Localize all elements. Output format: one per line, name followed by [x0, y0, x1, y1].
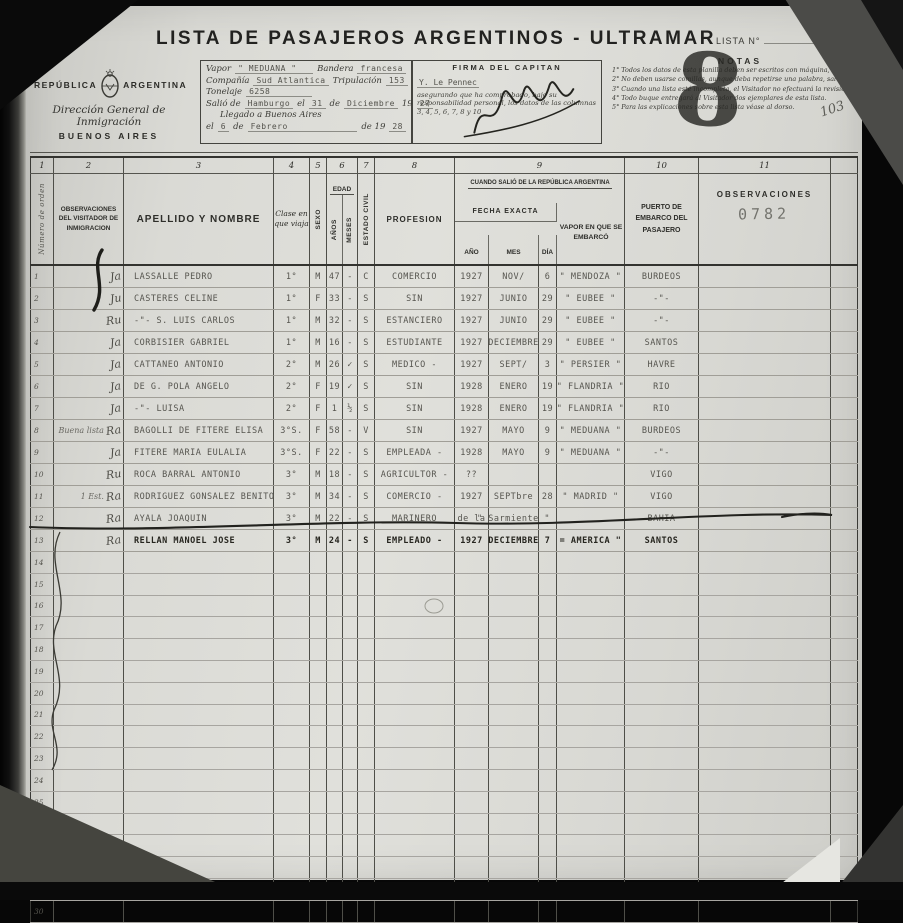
name-cell [124, 639, 274, 660]
ship-cell [557, 748, 625, 769]
visitador-initials: Ra [105, 533, 122, 548]
sex-cell-value: F [315, 426, 321, 436]
sex-cell: F [310, 420, 327, 441]
captain-signature-box: FIRMA DEL CAPITAN Y. Le Pennec asegurand… [412, 60, 602, 144]
table-row: 1JaLASSALLE PEDRO1°M47-CCOMERCIO1927NOV/… [30, 266, 858, 288]
year-cell [455, 639, 489, 660]
profession-cell-value: AGRICULTOR - [381, 470, 448, 480]
day-cell [539, 726, 557, 747]
month-cell [489, 617, 539, 638]
month-cell: MAYO [489, 442, 539, 463]
civil-status-cell [358, 814, 375, 835]
profession-cell: EMPLEADA - [375, 442, 455, 463]
visitador-cell [54, 705, 124, 726]
ship-cell: " MENDOZA " [557, 266, 625, 287]
age-years-cell-value: 19 [329, 382, 340, 392]
month-cell [489, 835, 539, 856]
profession-cell-value: ESTUDIANTE [386, 338, 442, 348]
civil-status-cell [358, 726, 375, 747]
salio-dia-value: 31 [309, 99, 326, 109]
age-years-cell [327, 814, 343, 835]
age-months-cell [343, 596, 358, 617]
row-number: 21 [30, 705, 54, 726]
name-cell-value: -"- LUISA [134, 404, 185, 414]
visitador-cell [54, 770, 124, 791]
sex-cell-value: M [315, 536, 321, 546]
port-cell-value: SANTOS [645, 536, 679, 546]
visitador-cell [54, 552, 124, 573]
ship-cell [557, 596, 625, 617]
header-visitador: OBSERVACIONES DEL VISITADOR DE INMIGRACI… [54, 174, 124, 264]
sex-cell: F [310, 442, 327, 463]
captain-statement: asegurando que ha comprobado, bajo su re… [417, 91, 597, 116]
llegado-label: Llegado a Buenos Aires [220, 110, 322, 120]
visitador-cell: Ja [54, 442, 124, 463]
ship-cell: " MADRID " [557, 486, 625, 507]
header-clase: Clase en que viaja [274, 174, 310, 264]
year-cell: 1927 [455, 288, 489, 309]
day-cell-value: 7 [545, 536, 551, 546]
empty-table-row: 17 [30, 617, 858, 639]
name-cell [124, 748, 274, 769]
class-cell-value: 1° [286, 316, 297, 326]
ship-cell [557, 792, 625, 813]
book-binding-edge [0, 0, 26, 900]
sex-cell-value: M [315, 316, 321, 326]
name-cell-value: BAGOLLI DE FITERE ELISA [134, 426, 263, 436]
observations-cell [699, 705, 831, 726]
header-edad: EDAD AÑOS MESES [327, 174, 358, 264]
civil-status-cell [358, 705, 375, 726]
profession-cell [375, 574, 455, 595]
de-label: de [330, 99, 340, 109]
profession-cell-value: SIN [406, 294, 423, 304]
year-cell-value: 1928 [460, 404, 482, 414]
visitador-cell: Buena listaRa [54, 420, 124, 441]
col-number-7: 7 [358, 158, 375, 173]
col-number-10: 10 [625, 158, 699, 173]
port-cell [625, 857, 699, 878]
class-cell [274, 814, 310, 835]
port-cell: RIO [625, 376, 699, 397]
sex-cell: M [310, 266, 327, 287]
month-cell [489, 552, 539, 573]
ship-cell [557, 726, 625, 747]
name-cell [124, 770, 274, 791]
margin-cell [831, 266, 858, 287]
month-cell-value: JUNIO [499, 294, 527, 304]
row-number: 20 [30, 683, 54, 704]
ship-cell-value: " MADRID " [562, 492, 618, 502]
table-row: 4JaCORBISIER GABRIEL1°M16-SESTUDIANTE192… [30, 332, 858, 354]
margin-cell [831, 770, 858, 791]
port-cell-value: BAHIA [647, 514, 675, 524]
page-title: LISTA DE PASAJEROS ARGENTINOS - ULTRAMAR [156, 28, 716, 50]
day-cell: 19 [539, 398, 557, 419]
table-row: 9JaFITERE MARIA EULALIA3°S.F22-SEMPLEADA… [30, 442, 858, 464]
name-cell [124, 552, 274, 573]
civil-status-cell-value: S [363, 338, 369, 348]
row-number: 11 [30, 486, 54, 507]
year-cell [455, 748, 489, 769]
margin-cell [831, 310, 858, 331]
header-anos: AÑOS [327, 195, 343, 264]
class-cell [274, 574, 310, 595]
month-cell: JUNIO [489, 310, 539, 331]
class-cell-value: 1° [286, 338, 297, 348]
month-cell-value: SEPTbre [494, 492, 533, 502]
visitador-cell: Ju [54, 288, 124, 309]
margin-cell [831, 792, 858, 813]
sex-cell [310, 770, 327, 791]
day-cell [539, 857, 557, 878]
year-cell [455, 835, 489, 856]
visitador-cell [54, 726, 124, 747]
row-number: 1 [30, 266, 54, 287]
age-years-cell [327, 770, 343, 791]
visitador-cell [54, 792, 124, 813]
day-cell: 19 [539, 376, 557, 397]
margin-cell [831, 486, 858, 507]
name-cell-value: DE G. POLA ANGELO [134, 382, 230, 392]
sex-cell [310, 748, 327, 769]
civil-status-cell [358, 835, 375, 856]
port-cell-value: RIO [653, 404, 670, 414]
header-dia: DÍA [539, 235, 557, 264]
day-cell: 28 [539, 486, 557, 507]
name-cell: RELLAN MANOEL JOSE [124, 530, 274, 551]
profession-cell-value: MEDICO - [392, 360, 437, 370]
row-number: 9 [30, 442, 54, 463]
visitador-initials: Ja [109, 401, 122, 415]
sex-cell [310, 683, 327, 704]
class-cell: 1° [274, 332, 310, 353]
row-number: 8 [30, 420, 54, 441]
year-cell-value: 1928 [460, 382, 482, 392]
ship-cell [557, 639, 625, 660]
civil-status-cell: S [358, 310, 375, 331]
sex-cell [310, 574, 327, 595]
port-cell: HAVRE [625, 354, 699, 375]
port-cell: RIO [625, 398, 699, 419]
profession-cell [375, 617, 455, 638]
ship-cell-value: " PERSIER " [560, 360, 622, 370]
age-months-cell: ✓ [343, 376, 358, 397]
observations-cell [699, 530, 831, 551]
vapor-label: Vapor [206, 64, 231, 74]
port-cell-value: -"- [653, 294, 670, 304]
class-cell [274, 770, 310, 791]
profession-cell: COMERCIO [375, 266, 455, 287]
captain-name: Y. Le Pennec [417, 78, 479, 88]
row-number: 17 [30, 617, 54, 638]
visitador-initials: Ja [109, 357, 122, 371]
empty-table-row: 20 [30, 683, 858, 705]
age-years-cell-value: 32 [329, 316, 340, 326]
profession-cell: SIN [375, 420, 455, 441]
age-months-cell-value: - [347, 492, 353, 502]
header-meses: MESES [343, 195, 357, 264]
month-cell: " Sarmiente " [489, 508, 539, 529]
col-number-3: 3 [124, 158, 274, 173]
llegada-ano-label: de 19 [361, 122, 385, 132]
day-cell-value: 28 [542, 492, 553, 502]
sex-cell [310, 661, 327, 682]
row-number: 6 [30, 376, 54, 397]
compania-value: Sud Atlantica [253, 76, 328, 86]
port-cell-value: -"- [653, 448, 670, 458]
row-number: 18 [30, 639, 54, 660]
sex-cell-value: M [315, 360, 321, 370]
sex-cell: M [310, 508, 327, 529]
civil-status-cell [358, 552, 375, 573]
ship-cell [557, 705, 625, 726]
observations-cell [699, 726, 831, 747]
year-cell-value: 1927 [460, 338, 482, 348]
month-cell: SEPTbre [489, 486, 539, 507]
port-cell: VIGO [625, 464, 699, 485]
day-cell: 29 [539, 310, 557, 331]
empty-table-row: 16 [30, 596, 858, 618]
civil-status-cell-value: V [363, 426, 369, 436]
ship-cell [557, 857, 625, 878]
age-months-cell-value: ✓ [347, 382, 353, 392]
name-cell: BAGOLLI DE FITERE ELISA [124, 420, 274, 441]
name-cell-value: -"- S. LUIS CARLOS [134, 316, 235, 326]
margin-cell [831, 398, 858, 419]
civil-status-cell [358, 748, 375, 769]
sex-cell-value: F [315, 294, 321, 304]
visitador-cell: Ja [54, 332, 124, 353]
age-months-cell-value: - [347, 272, 353, 282]
port-cell: SANTOS [625, 530, 699, 551]
el-label: el [297, 99, 305, 109]
observations-cell [699, 486, 831, 507]
age-years-cell-value: 18 [329, 470, 340, 480]
table-row: 12RaAYALA JOAQUIN3°M22-SMARINEROde la" S… [30, 508, 858, 530]
age-years-cell: 19 [327, 376, 343, 397]
class-cell [274, 748, 310, 769]
civil-status-cell-value: S [363, 492, 369, 502]
margin-cell [831, 705, 858, 726]
ship-cell [557, 508, 625, 529]
visitador-initials: Ra [105, 423, 122, 438]
llegada-ano-value: 28 [389, 122, 406, 132]
empty-table-row: 25 [30, 792, 858, 814]
margin-cell [831, 508, 858, 529]
table-row: 8Buena listaRaBAGOLLI DE FITERE ELISA3°S… [30, 420, 858, 442]
visitador-cell: Ra [54, 508, 124, 529]
month-cell: JUNIO [489, 288, 539, 309]
header-fecha-exacta: FECHA EXACTA [455, 203, 557, 222]
ship-cell-value: " FLANDRIA " [557, 382, 624, 392]
col-number-9: 9 [455, 158, 625, 173]
sex-cell [310, 814, 327, 835]
sex-cell [310, 835, 327, 856]
sex-cell [310, 639, 327, 660]
age-months-cell: - [343, 332, 358, 353]
visitador-cell: Ja [54, 376, 124, 397]
age-months-cell [343, 857, 358, 878]
year-cell-value: ?? [466, 470, 477, 480]
table-row: 13RaRELLAN MANOEL JOSE3°M24-SEMPLEADO -1… [30, 530, 858, 552]
profession-cell: ESTANCIERO [375, 310, 455, 331]
ship-cell-value: " EUBEE " [565, 338, 616, 348]
age-months-cell-value: - [347, 536, 353, 546]
name-cell-value: ROCA BARRAL ANTONIO [134, 470, 241, 480]
observations-cell [699, 639, 831, 660]
col-number-8: 8 [375, 158, 455, 173]
class-cell [274, 835, 310, 856]
name-cell-value: AYALA JOAQUIN [134, 514, 207, 524]
civil-status-cell [358, 596, 375, 617]
ship-cell [557, 617, 625, 638]
port-cell [625, 770, 699, 791]
row-number: 13 [30, 530, 54, 551]
visitador-cell: Ra [54, 530, 124, 551]
visitador-cell: Ja [54, 354, 124, 375]
header-apellido-nombre: APELLIDO Y NOMBRE [124, 174, 274, 264]
day-cell [539, 574, 557, 595]
visitador-cell: Ru [54, 464, 124, 485]
class-cell: 2° [274, 398, 310, 419]
age-months-cell [343, 748, 358, 769]
port-cell [625, 574, 699, 595]
port-cell: VIGO [625, 486, 699, 507]
civil-status-cell: S [358, 508, 375, 529]
age-months-cell: - [343, 266, 358, 287]
age-months-cell: - [343, 486, 358, 507]
port-cell-value: VIGO [650, 492, 672, 502]
age-months-cell [343, 835, 358, 856]
sex-cell-value: F [315, 404, 321, 414]
year-cell: 1928 [455, 442, 489, 463]
age-years-cell: 22 [327, 508, 343, 529]
age-months-cell [343, 617, 358, 638]
year-cell-value: 1927 [460, 492, 482, 502]
profession-cell-value: EMPLEADA - [386, 448, 442, 458]
age-years-cell: 24 [327, 530, 343, 551]
day-cell: 29 [539, 332, 557, 353]
civil-status-cell: S [358, 486, 375, 507]
name-cell: DE G. POLA ANGELO [124, 376, 274, 397]
age-years-cell [327, 661, 343, 682]
header-profesion: PROFESION [375, 174, 455, 264]
day-cell [539, 835, 557, 856]
org-block: REPÚBLICA ARGENTINA Dirección General de… [34, 68, 184, 141]
month-cell [489, 464, 539, 485]
civil-status-cell: S [358, 354, 375, 375]
age-years-cell-value: 22 [329, 514, 340, 524]
port-cell-value: RIO [653, 382, 670, 392]
civil-status-cell: V [358, 420, 375, 441]
month-cell [489, 857, 539, 878]
visitador-initials: Ra [105, 511, 122, 526]
observations-cell [699, 288, 831, 309]
port-cell [625, 617, 699, 638]
civil-status-cell-value: S [363, 536, 369, 546]
age-years-cell-value: 34 [329, 492, 340, 502]
class-cell-value: 3° [286, 514, 297, 524]
llegada-mes-value: Febrero [248, 122, 358, 132]
class-cell: 3°S. [274, 420, 310, 441]
ship-cell [557, 661, 625, 682]
class-cell: 2° [274, 376, 310, 397]
age-months-cell-value: - [347, 294, 353, 304]
day-cell-value: 6 [545, 272, 551, 282]
empty-table-row: 18 [30, 639, 858, 661]
profession-cell-value: SIN [406, 426, 423, 436]
margin-cell [831, 530, 858, 551]
observations-cell [699, 661, 831, 682]
visitador-cell: Ja [54, 266, 124, 287]
class-cell [274, 683, 310, 704]
observations-cell [699, 770, 831, 791]
name-cell: FITERE MARIA EULALIA [124, 442, 274, 463]
visitador-note: Buena lista [58, 426, 103, 435]
sex-cell: M [310, 354, 327, 375]
age-years-cell [327, 726, 343, 747]
observations-cell [699, 792, 831, 813]
ship-cell: " PERSIER " [557, 354, 625, 375]
class-cell-value: 1° [286, 294, 297, 304]
margin-cell [831, 288, 858, 309]
name-cell: CATTANEO ANTONIO [124, 354, 274, 375]
year-cell [455, 574, 489, 595]
salio-mes-value: Diciembre [344, 99, 398, 109]
day-cell-value: 29 [542, 294, 553, 304]
profession-cell [375, 552, 455, 573]
salio-label: Salió de [206, 99, 241, 109]
port-cell-value: SANTOS [645, 338, 679, 348]
empty-table-row: 21 [30, 705, 858, 727]
profession-cell-value: ESTANCIERO [386, 316, 442, 326]
observations-cell [699, 814, 831, 835]
bottom-black-strip [0, 882, 903, 900]
age-years-cell: 58 [327, 420, 343, 441]
sex-cell-value: M [315, 492, 321, 502]
month-cell [489, 574, 539, 595]
civil-status-cell-value: S [363, 294, 369, 304]
age-years-cell: 47 [327, 266, 343, 287]
row-number: 22 [30, 726, 54, 747]
year-cell-value: 1927 [460, 426, 482, 436]
port-cell: -"- [625, 310, 699, 331]
col-number-6: 6 [327, 158, 358, 173]
visitador-cell [54, 596, 124, 617]
civil-status-cell: S [358, 332, 375, 353]
llegada-dia-value: 6 [218, 122, 229, 132]
name-cell [124, 617, 274, 638]
bandera-label: Bandera [317, 64, 353, 74]
port-cell [625, 552, 699, 573]
age-months-cell [343, 770, 358, 791]
observations-cell [699, 835, 831, 856]
buenos-aires-label: BUENOS AIRES [34, 131, 184, 141]
age-months-cell: - [343, 508, 358, 529]
month-cell: DECIEMBRE [489, 530, 539, 551]
month-cell [489, 748, 539, 769]
visitador-initials: Ru [105, 313, 122, 328]
sex-cell-value: M [315, 470, 321, 480]
year-cell: 1927 [455, 486, 489, 507]
table-row: 3Ru-"- S. LUIS CARLOS1°M32-SESTANCIERO19… [30, 310, 858, 332]
sex-cell: F [310, 398, 327, 419]
day-cell [539, 792, 557, 813]
class-cell-value: 1° [286, 272, 297, 282]
profession-cell: MARINERO [375, 508, 455, 529]
compania-label: Compañía [206, 76, 249, 86]
